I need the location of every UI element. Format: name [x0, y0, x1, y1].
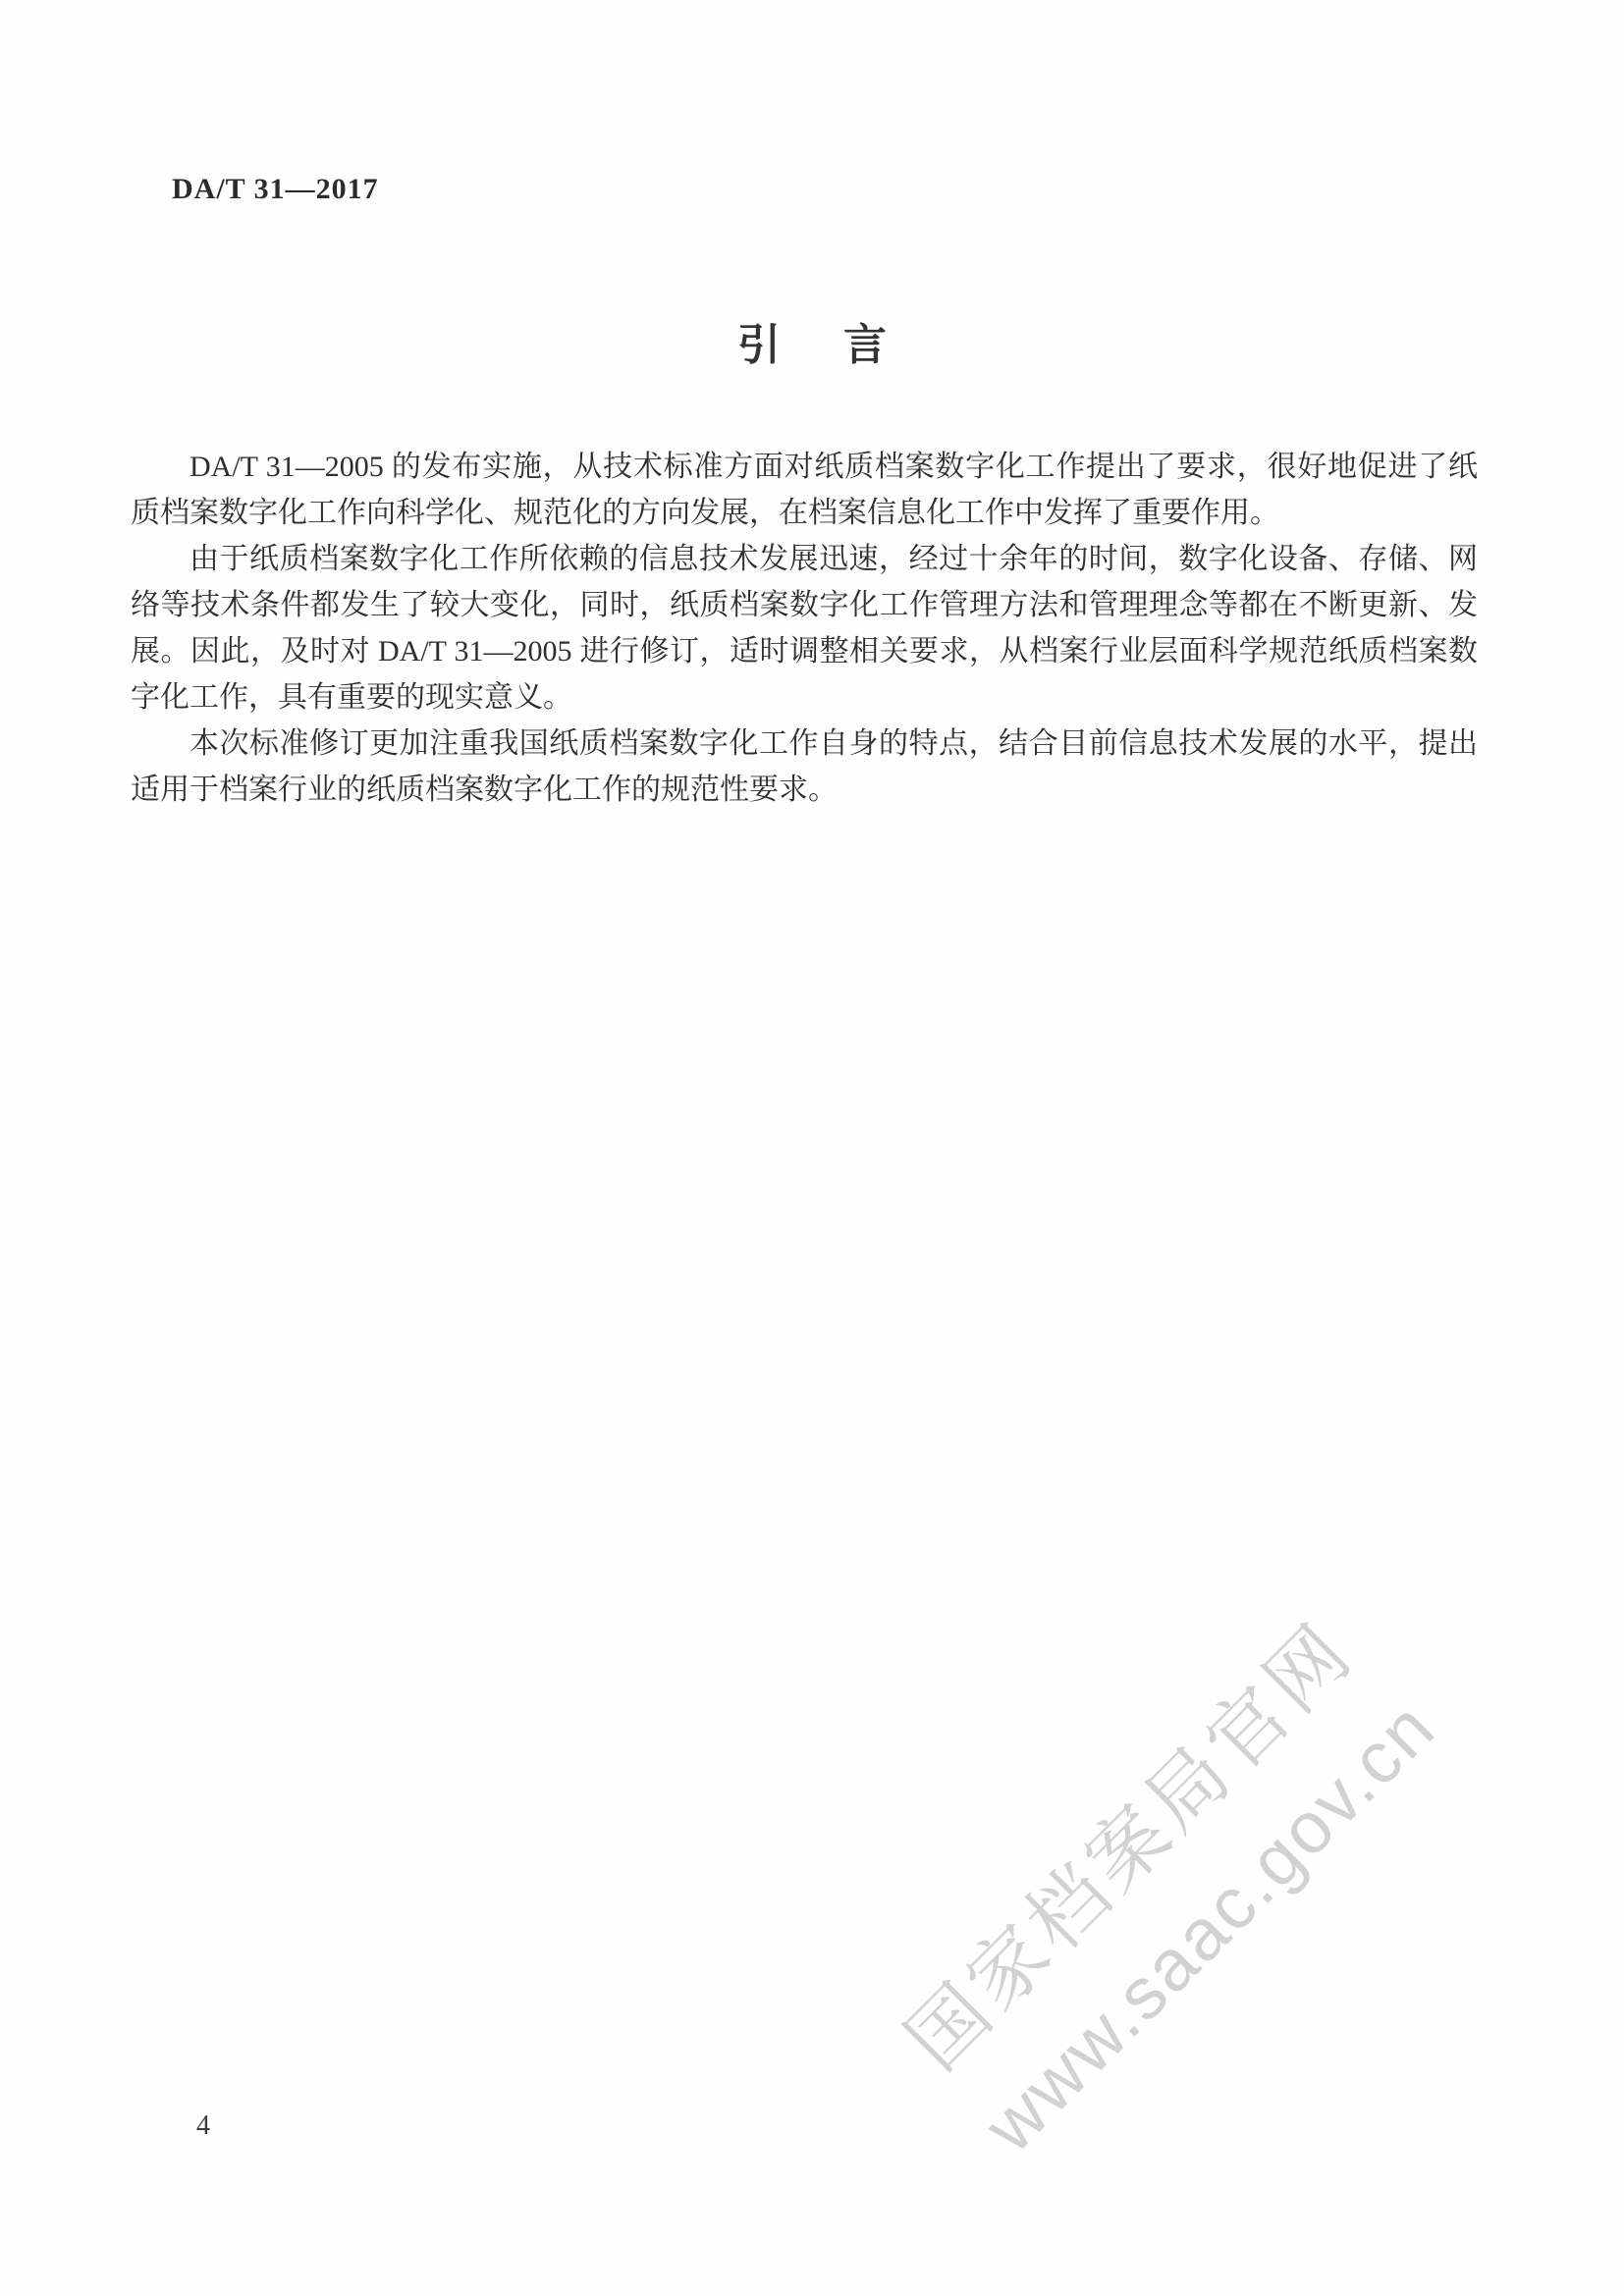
watermark-site-name: 国家档案局官网: [877, 1593, 1384, 2101]
introduction-body: DA/T 31—2005 的发布实施，从技术标准方面对纸质档案数字化工作提出了要…: [131, 444, 1478, 813]
page-number: 4: [196, 2110, 210, 2142]
title-char-1: 引: [737, 309, 781, 372]
paragraph-3: 本次标准修订更加注重我国纸质档案数字化工作自身的特点，结合目前信息技术发展的水平…: [131, 721, 1478, 813]
paragraph-2: 由于纸质档案数字化工作所依赖的信息技术发展迅速，经过十余年的时间，数字化设备、存…: [131, 536, 1478, 721]
title-char-2: 言: [843, 309, 887, 372]
watermark: 国家档案局官网 www.saac.gov.cn: [877, 1593, 1461, 2177]
standard-code-header: DA/T 31—2017: [172, 173, 379, 206]
document-page: DA/T 31—2017 引 言 DA/T 31—2005 的发布实施，从技术标…: [0, 0, 1624, 2296]
paragraph-1: DA/T 31—2005 的发布实施，从技术标准方面对纸质档案数字化工作提出了要…: [131, 444, 1478, 536]
watermark-site-url: www.saac.gov.cn: [959, 1676, 1460, 2176]
page-title: 引 言: [0, 309, 1624, 372]
